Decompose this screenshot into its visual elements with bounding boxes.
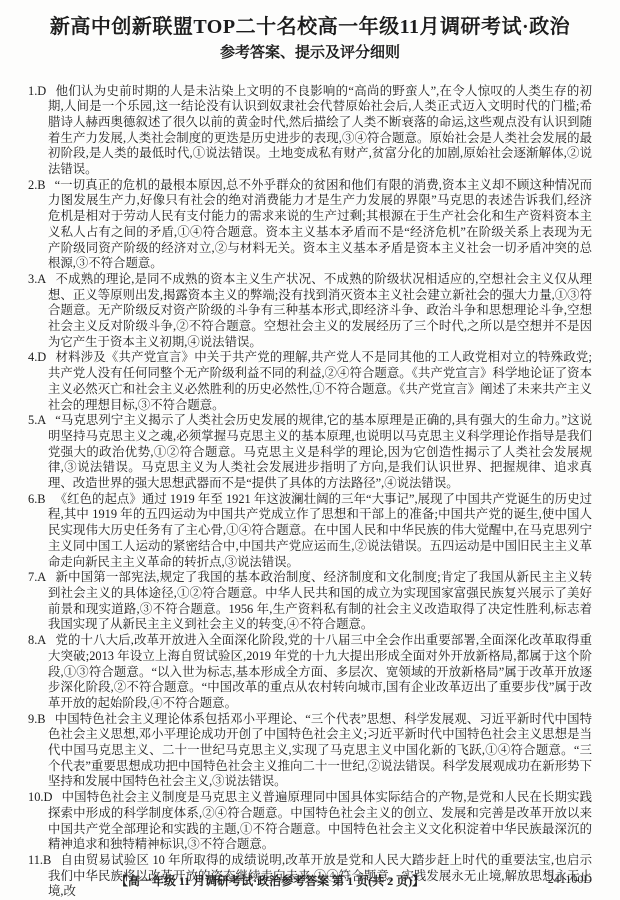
answer-item: 10.D中国特色社会主义制度是马克思主义普遍原理同中国具体实际结合的产物,是党和… [28, 790, 592, 853]
answer-label: 5.A [28, 413, 46, 427]
answer-item: 3.A不成熟的理论,是同不成熟的资本主义生产状况、不成熟的阶级状况相适应的,空想… [28, 272, 592, 351]
answer-label: 6.B [28, 492, 46, 506]
answer-item: 5.A“马克思列宁主义揭示了人类社会历史发展的规律,它的基本原理是正确的,具有强… [28, 413, 592, 492]
answer-explanation: 《红色的起点》通过 1919 年至 1921 年这波澜壮阔的三年“大事记”,展现… [48, 492, 592, 569]
paper-code: 241100D [548, 872, 592, 887]
answer-label: 9.B [28, 712, 46, 726]
answer-item: 8.A党的十八大后,改革开放进入全面深化阶段,党的十八届三中全会作出重要部署,全… [28, 633, 592, 712]
answer-explanation: 新中国第一部宪法,规定了我国的基本政治制度、经济制度和文化制度;肯定了我国从新民… [48, 570, 592, 631]
page-subtitle: 参考答案、提示及评分细则 [28, 44, 592, 64]
answer-label: 3.A [28, 272, 46, 286]
answer-label: 10.D [28, 790, 52, 804]
answer-item: 2.B“一切真正的危机的最根本原因,总不外乎群众的贫困和他们有限的消费,资本主义… [28, 178, 592, 272]
answer-item: 4.D材料涉及《共产党宣言》中关于共产党的理解,共产党人不是同其他的工人政党相对… [28, 350, 592, 413]
answer-explanation: 材料涉及《共产党宣言》中关于共产党的理解,共产党人不是同其他的工人政党相对立的特… [48, 350, 592, 411]
page-title: 新高中创新联盟TOP二十名校高一年级11月调研考试·政治 [28, 14, 592, 41]
answer-item: 1.D他们认为史前时期的人是未沾染上文明的不良影响的“高尚的野蛮人”,在令人惊叹… [28, 84, 592, 178]
footer-caption: 【高一年级 11 月调研考试·政治参考答案 第 1 页(共 2 页)】 [0, 872, 540, 889]
answer-explanation: 他们认为史前时期的人是未沾染上文明的不良影响的“高尚的野蛮人”,在令人惊叹的人类… [48, 84, 592, 177]
answer-item: 7.A新中国第一部宪法,规定了我国的基本政治制度、经济制度和文化制度;肯定了我国… [28, 570, 592, 633]
answer-explanation: “一切真正的危机的最根本原因,总不外乎群众的贫困和他们有限的消费,资本主义却不顾… [48, 178, 592, 271]
answer-explanation: 党的十八大后,改革开放进入全面深化阶段,党的十八届三中全会作出重要部署,全面深化… [48, 633, 592, 710]
answer-label: 8.A [28, 633, 46, 647]
answer-label: 11.B [28, 853, 51, 867]
answer-list: 1.D他们认为史前时期的人是未沾染上文明的不良影响的“高尚的野蛮人”,在令人惊叹… [28, 84, 592, 900]
answer-label: 4.D [28, 350, 46, 364]
answer-label: 2.B [28, 178, 46, 192]
answer-explanation: 中国特色社会主义理论体系包括邓小平理论、“三个代表”思想、科学发展观、习近平新时… [48, 712, 592, 789]
answer-key-page: 新高中创新联盟TOP二十名校高一年级11月调研考试·政治 参考答案、提示及评分细… [0, 0, 620, 900]
answer-explanation: 不成熟的理论,是同不成熟的资本主义生产状况、不成熟的阶级状况相适应的,空想社会主… [48, 272, 592, 349]
answer-explanation: “马克思列宁主义揭示了人类社会历史发展的规律,它的基本原理是正确的,具有强大的生… [48, 413, 592, 490]
answer-explanation: 中国特色社会主义制度是马克思主义普遍原理同中国具体实际结合的产物,是党和人民在长… [48, 790, 592, 851]
answer-item: 9.B中国特色社会主义理论体系包括邓小平理论、“三个代表”思想、科学发展观、习近… [28, 712, 592, 791]
answer-label: 1.D [28, 84, 46, 98]
answer-item: 6.B《红色的起点》通过 1919 年至 1921 年这波澜壮阔的三年“大事记”… [28, 492, 592, 571]
page-footer: 【高一年级 11 月调研考试·政治参考答案 第 1 页(共 2 页)】 2411… [0, 872, 620, 888]
answer-label: 7.A [28, 570, 46, 584]
